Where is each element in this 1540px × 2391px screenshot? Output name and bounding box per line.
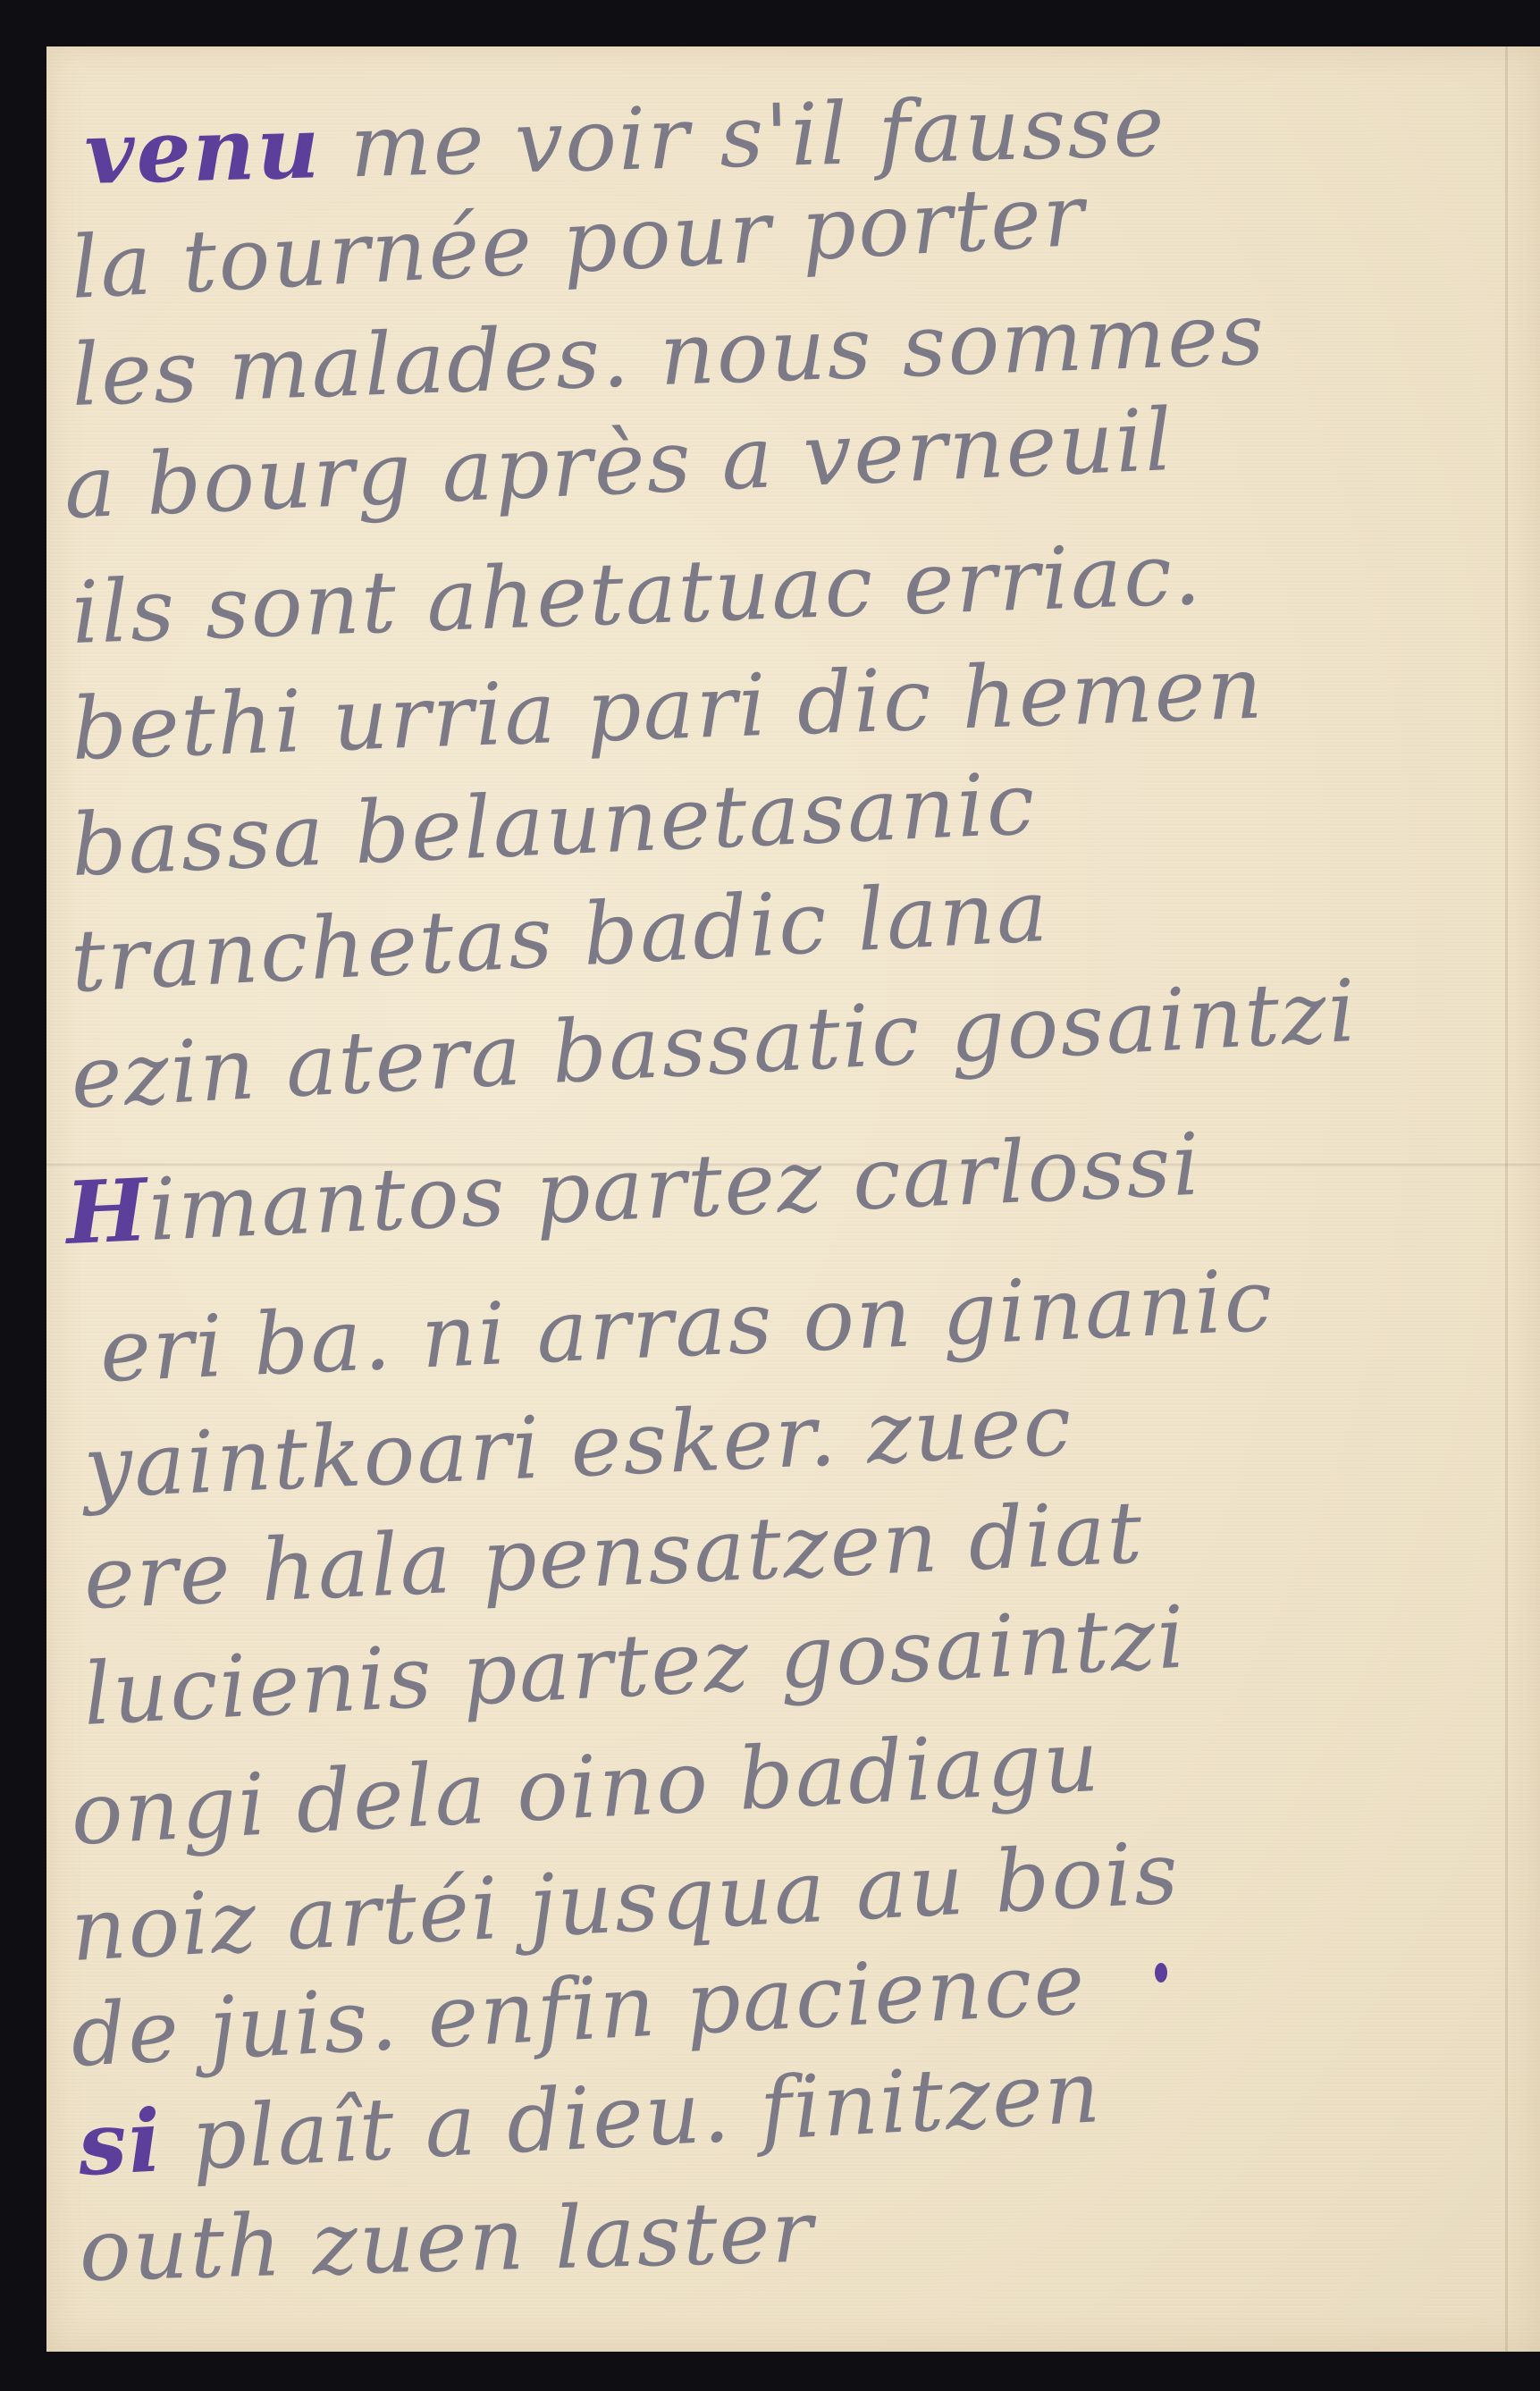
purple-ink-letter: H xyxy=(63,1159,151,1264)
purple-ink-mark xyxy=(1155,1963,1167,1983)
letter-line-11: eri ba. ni arras on ginanic xyxy=(98,1258,1275,1394)
letter-line-6: bethi urria pari dic hemen xyxy=(71,644,1266,772)
letter-line-10: Himantos partez carlossi xyxy=(64,1122,1203,1257)
purple-ink-word: venu xyxy=(83,97,322,204)
paper-right-edge xyxy=(1505,46,1508,2352)
letter-page: venu me voir s'il fausse la tournée pour… xyxy=(46,46,1540,2352)
purple-ink-word: si xyxy=(76,2090,165,2195)
letter-line-19: outh zuen laster xyxy=(78,2189,815,2294)
letter-line-5: ils sont ahetatuac erriac. xyxy=(71,531,1204,656)
